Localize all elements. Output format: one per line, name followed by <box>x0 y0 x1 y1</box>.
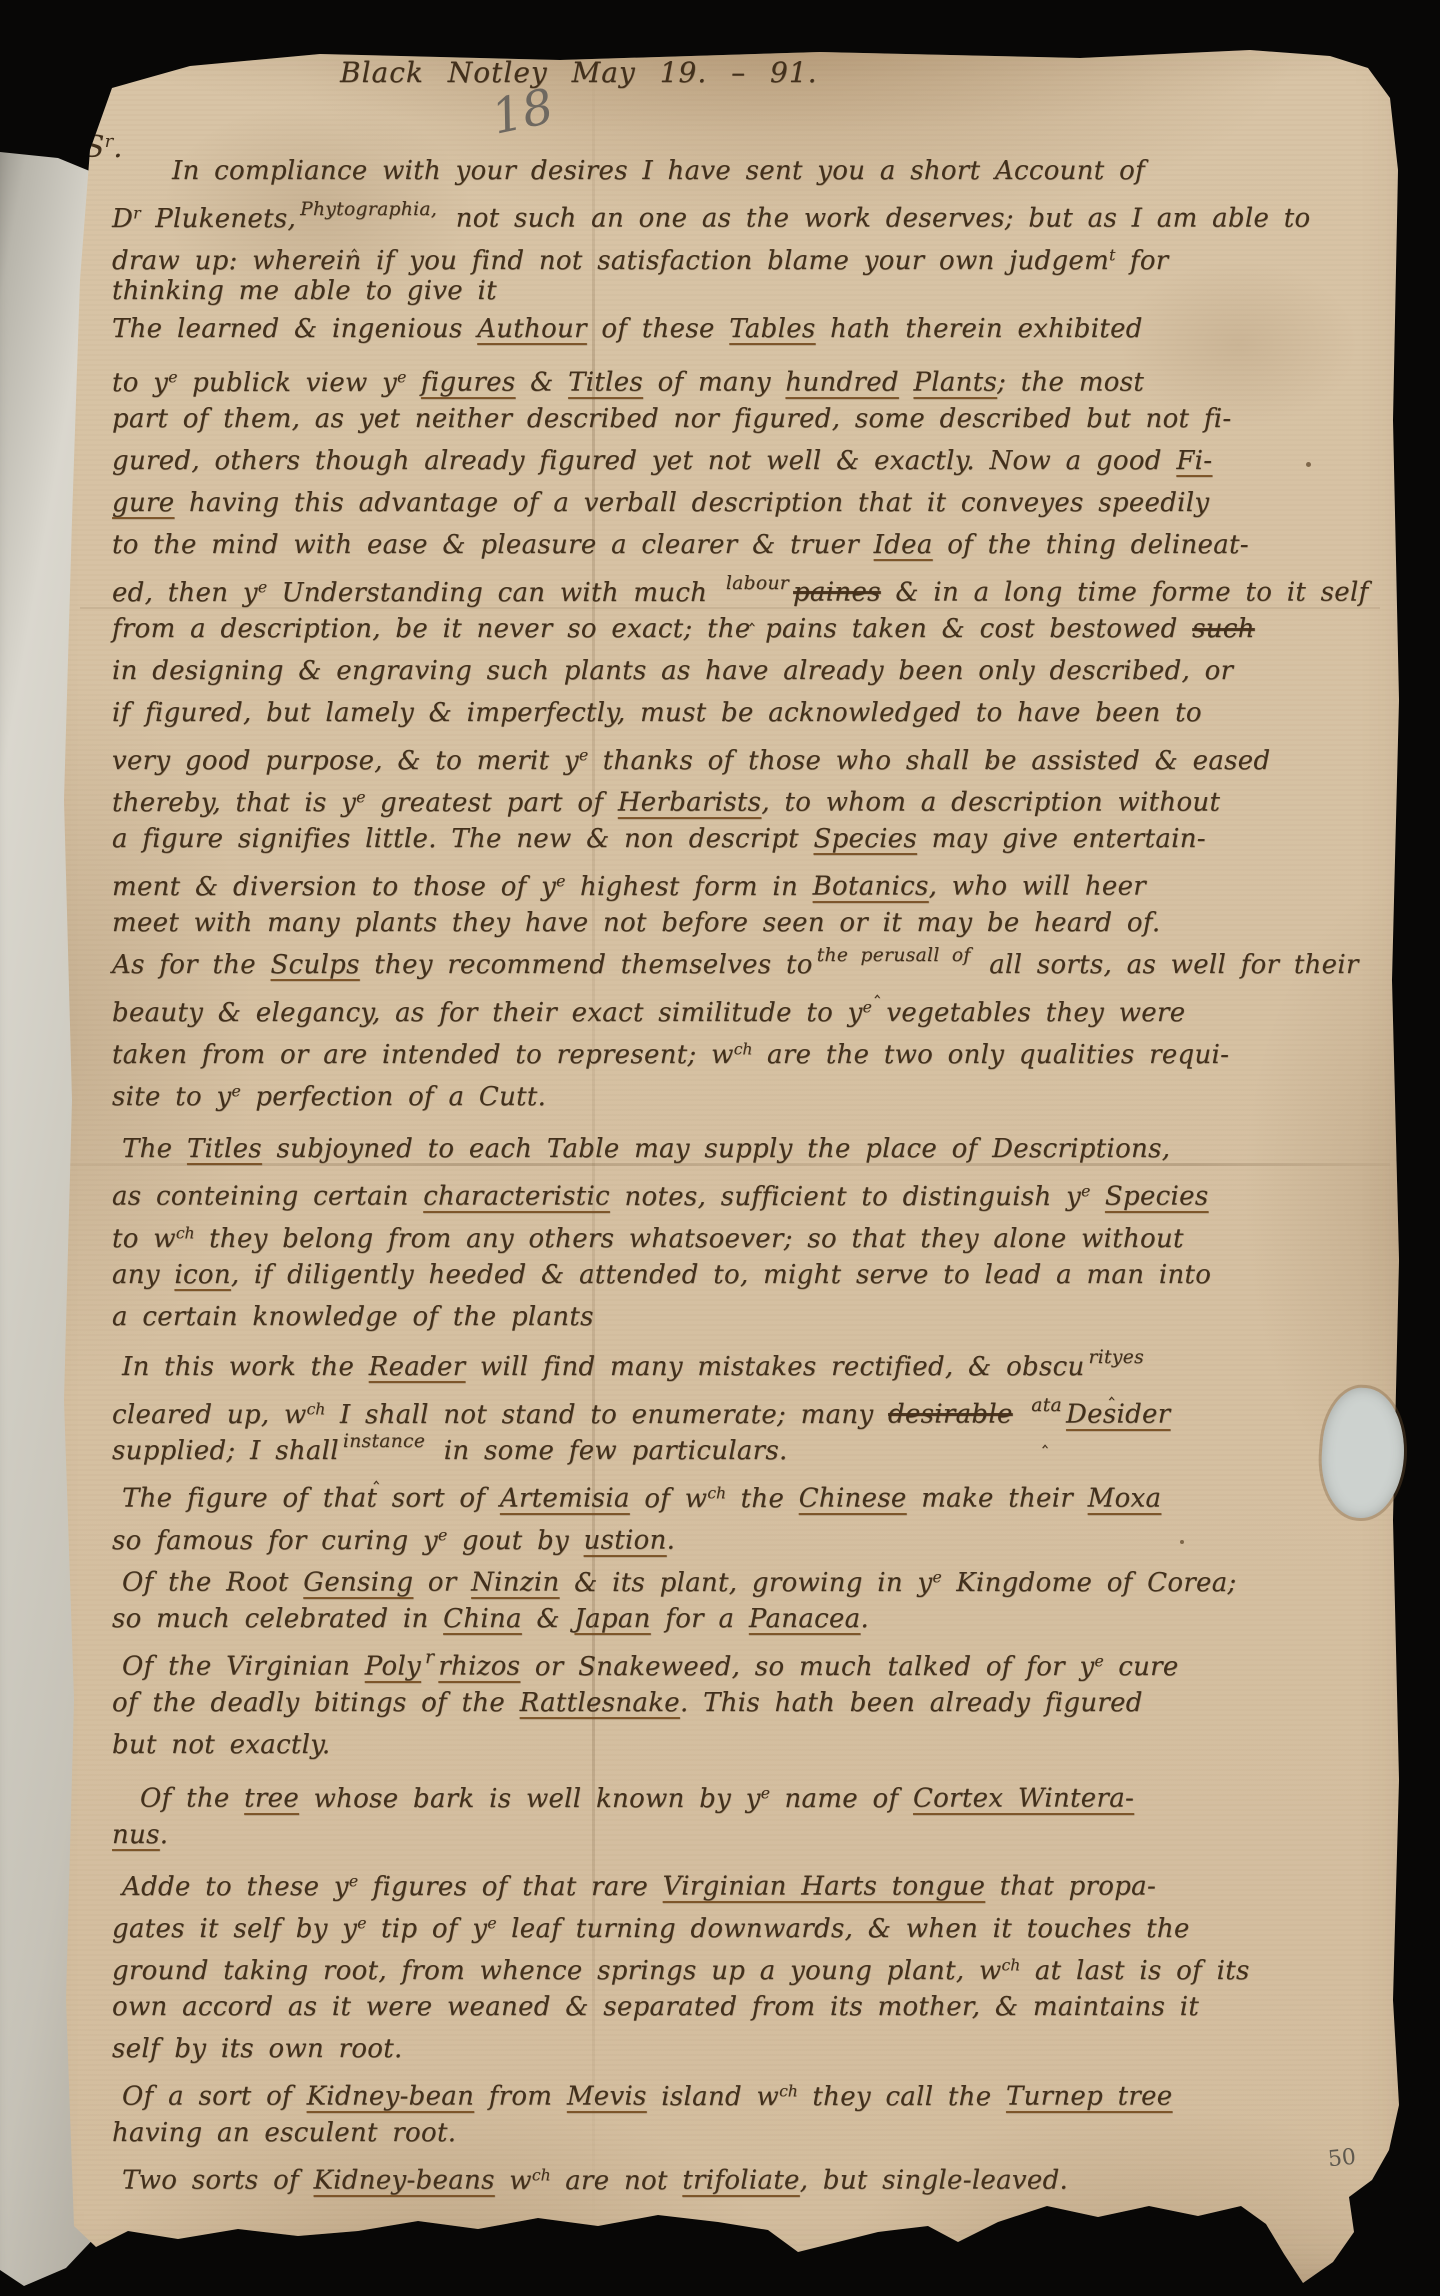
underlined-word: Artemisia <box>500 1484 630 1514</box>
manuscript-line: from a description, be it never so exact… <box>112 608 1408 650</box>
manuscript-line: self by its own root. <box>112 2028 1408 2070</box>
underlined-word: Turnep tree <box>1006 2082 1173 2112</box>
manuscript-text: beauty & elegancy, as for their exact si… <box>112 998 1185 1028</box>
manuscript-text: Two sorts of <box>122 2166 314 2196</box>
manuscript-line: Two sorts of Kidney-beans wch are not tr… <box>112 2154 1408 2196</box>
manuscript-text: . <box>667 1526 676 1556</box>
interlinear-insertion: ata <box>1027 1395 1066 1416</box>
struck-word: paines <box>793 578 881 608</box>
manuscript-text <box>899 368 914 398</box>
manuscript-text: cleared up, wch I shall not stand to enu… <box>112 1400 888 1430</box>
manuscript-text: & <box>516 368 569 398</box>
manuscript-line: if figured, but lamely & imperfectly, mu… <box>112 692 1408 734</box>
underlined-word: Fi- <box>1176 446 1212 476</box>
manuscript-text: hath therein exhibited <box>816 314 1143 344</box>
underlined-word: characteristic <box>423 1182 610 1212</box>
manuscript-text: supplied; I shall <box>112 1436 339 1466</box>
manuscript-text: ed, then ye Understanding can with much <box>112 578 722 608</box>
manuscript-line: very good purpose, & to merit ye thanks … <box>112 734 1408 776</box>
manuscript-line: beauty & elegancy, as for their exact si… <box>112 986 1408 1028</box>
manuscript-line: In compliance with your desires I have s… <box>112 150 1408 192</box>
underlined-word: Reader <box>369 1352 466 1382</box>
manuscript-line: gured, others though already figured yet… <box>112 440 1408 482</box>
manuscript-text: wch are not <box>495 2166 683 2196</box>
underlined-word: Poly <box>365 1652 421 1682</box>
manuscript-line: ground taking root, from whence springs … <box>112 1944 1408 1986</box>
manuscript-line: as conteining certain characteristic not… <box>112 1170 1408 1212</box>
underlined-word: Japan <box>574 1604 650 1634</box>
underlined-word: Chinese <box>799 1484 907 1514</box>
manuscript-line: a certain knowledge of the plants <box>112 1296 1408 1338</box>
manuscript-line: a figure signifies little. The new & non… <box>112 818 1408 860</box>
manuscript-text: ment & diversion to those of ye highest … <box>112 872 813 902</box>
manuscript-line: meet with many plants they have not befo… <box>112 902 1408 944</box>
scan-background: Black Notley May 19. – 91. 18 Sr. In com… <box>0 0 1440 2296</box>
manuscript-text: & <box>522 1604 575 1634</box>
interlinear-insertion: the perusall of <box>813 945 975 966</box>
manuscript-text: self by its own root. <box>112 2034 403 2064</box>
manuscript-line: Of the tree whose bark is well known by … <box>112 1772 1408 1814</box>
manuscript-text: so famous for curing ye gout by <box>112 1526 584 1556</box>
manuscript-text: not such an one as the work deserves; bu… <box>441 204 1310 234</box>
manuscript-text: taken from or are intended to represent;… <box>112 1040 1229 1070</box>
manuscript-text: may give entertain- <box>917 824 1206 854</box>
manuscript-text: . <box>160 1820 169 1850</box>
underlined-word: tree <box>244 1784 299 1814</box>
manuscript-text: Dr Plukenets, <box>112 204 296 234</box>
manuscript-text: thinking me able to give it <box>112 276 497 306</box>
manuscript-text: of the deadly bitings of the <box>112 1688 520 1718</box>
manuscript-text: . <box>860 1604 869 1634</box>
manuscript-line: The learned & ingenious Authour of these… <box>112 308 1408 350</box>
manuscript-line: having an esculent root. <box>112 2112 1408 2154</box>
manuscript-page: Black Notley May 19. – 91. 18 Sr. In com… <box>0 0 1440 2296</box>
manuscript-line: supplied; I shallinstance in some few pa… <box>112 1430 1408 1472</box>
underlined-word: Species <box>813 824 917 854</box>
interlinear-insertion: r <box>421 1647 438 1668</box>
underlined-word: Titles <box>187 1134 262 1164</box>
manuscript-text: from <box>474 2082 567 2112</box>
manuscript-text: island wch they call the <box>647 2082 1006 2112</box>
manuscript-text: having an esculent root. <box>112 2118 456 2148</box>
manuscript-text: in designing & engraving such plants as … <box>112 656 1233 686</box>
manuscript-text: will find many mistakes rectified, & obs… <box>465 1352 1084 1382</box>
underlined-word: Species <box>1105 1182 1209 1212</box>
underlined-word: Panacea <box>749 1604 861 1634</box>
manuscript-text: Adde to these ye figures of that rare <box>122 1872 663 1902</box>
manuscript-text: Of the Virginian <box>122 1652 365 1682</box>
manuscript-text: or <box>413 1568 471 1598</box>
manuscript-text: as conteining certain <box>112 1182 423 1212</box>
manuscript-text: in some few particulars. <box>429 1436 787 1466</box>
manuscript-text: site to ye perfection of a Cutt. <box>112 1082 546 1112</box>
underlined-word: gure <box>112 488 174 518</box>
manuscript-text: subjoyned to each Table may supply the p… <box>262 1134 1170 1164</box>
manuscript-line: gure having this advantage of a verball … <box>112 482 1408 524</box>
manuscript-text: that propa- <box>985 1872 1156 1902</box>
manuscript-text: , if diligently heeded & attended to, mi… <box>231 1260 1211 1290</box>
manuscript-text: they recommend themselves to <box>360 950 813 980</box>
manuscript-line: so famous for curing ye gout by ustion. <box>112 1514 1408 1556</box>
manuscript-line: in designing & engraving such plants as … <box>112 650 1408 692</box>
manuscript-text: from a description, be it never so exact… <box>112 614 1192 644</box>
pencil-page-number: 50 <box>1327 2145 1357 2173</box>
underlined-word: trifoliate <box>682 2166 799 2196</box>
manuscript-text: or Snakeweed, so much talked of for ye c… <box>520 1652 1178 1682</box>
manuscript-line: site to ye perfection of a Cutt. <box>112 1070 1408 1112</box>
manuscript-line: gates it self by ye tip of ye leaf turni… <box>112 1902 1408 1944</box>
manuscript-text: but not exactly. <box>112 1730 330 1760</box>
manuscript-text: The learned & ingenious <box>112 314 477 344</box>
manuscript-line: any icon, if diligently heeded & attende… <box>112 1254 1408 1296</box>
manuscript-line: Dr Plukenets,Phytographia, not such an o… <box>112 192 1408 234</box>
interlinear-insertion: labour <box>722 573 793 594</box>
manuscript-text <box>1013 1400 1028 1430</box>
underlined-word: nus <box>112 1820 160 1850</box>
text-body: In compliance with your desires I have s… <box>112 150 1408 2196</box>
manuscript-line: own accord as it were weaned & separated… <box>112 1986 1408 2028</box>
manuscript-text: As for the <box>112 950 271 980</box>
manuscript-text: if figured, but lamely & imperfectly, mu… <box>112 698 1202 728</box>
underlined-word: Gensing <box>303 1568 413 1598</box>
manuscript-line: of the deadly bitings of the Rattlesnake… <box>112 1682 1408 1724</box>
underlined-word: hundred <box>785 368 898 398</box>
dateline: Black Notley May 19. – 91. <box>340 56 818 89</box>
underlined-word: Desider <box>1066 1400 1170 1430</box>
underlined-word: Authour <box>477 314 587 344</box>
manuscript-line: to ye publick view ye figures & Titles o… <box>112 356 1408 398</box>
manuscript-line: taken from or are intended to represent;… <box>112 1028 1408 1070</box>
manuscript-text: Of a sort of <box>122 2082 307 2112</box>
underlined-word: icon <box>174 1260 230 1290</box>
manuscript-line: to wch they belong from any others whats… <box>112 1212 1408 1254</box>
manuscript-text: so much celebrated in <box>112 1604 443 1634</box>
manuscript-text: , to whom a description without <box>761 788 1220 818</box>
manuscript-text: gates it self by ye tip of ye leaf turni… <box>112 1914 1190 1944</box>
underlined-word: Rattlesnake <box>520 1688 680 1718</box>
manuscript-text: to ye publick view ye <box>112 368 421 398</box>
manuscript-text: & in a long time forme to it self <box>881 578 1369 608</box>
manuscript-line: The figure of that sort of Artemisia of … <box>112 1472 1408 1514</box>
manuscript-text: all sorts, as well for their <box>975 950 1359 980</box>
manuscript-line: Of the Root Gensing or Ninzin & its plan… <box>112 1556 1408 1598</box>
manuscript-text: thereby, that is ye greatest part of <box>112 788 618 818</box>
manuscript-line: thinking me able to give it <box>112 270 1408 312</box>
manuscript-text: for a <box>651 1604 749 1634</box>
manuscript-text: whose bark is well known by ye name of <box>299 1784 913 1814</box>
manuscript-text: of these <box>587 314 729 344</box>
manuscript-text: The <box>122 1134 187 1164</box>
manuscript-line: thereby, that is ye greatest part of Her… <box>112 776 1408 818</box>
manuscript-line: As for the Sculps they recommend themsel… <box>112 944 1408 986</box>
manuscript-text: Of the Root <box>122 1568 303 1598</box>
manuscript-text: notes, sufficient to distinguish ye <box>610 1182 1105 1212</box>
manuscript-text: & its plant, growing in ye Kingdome of C… <box>560 1568 1237 1598</box>
manuscript-line: nus. <box>112 1814 1408 1856</box>
manuscript-text: meet with many plants they have not befo… <box>112 908 1160 938</box>
manuscript-text: own accord as it were weaned & separated… <box>112 1992 1199 2022</box>
manuscript-text: of many <box>643 368 785 398</box>
manuscript-line: Adde to these ye figures of that rare Vi… <box>112 1860 1408 1902</box>
manuscript-text: gured, others though already figured yet… <box>112 446 1176 476</box>
manuscript-text: , who will heer <box>929 872 1146 902</box>
interlinear-insertion: instance <box>339 1431 429 1452</box>
manuscript-line: to the mind with ease & pleasure a clear… <box>112 524 1408 566</box>
underlined-word: Idea <box>874 530 933 560</box>
manuscript-line: Of the Virginian Polyrrhizos or Snakewee… <box>112 1640 1408 1682</box>
underlined-word: figures <box>421 368 516 398</box>
underlined-word: Mevis <box>567 2082 647 2112</box>
manuscript-text: of wch the <box>630 1484 799 1514</box>
manuscript-text: Of the <box>140 1784 244 1814</box>
manuscript-line: In this work the Reader will find many m… <box>112 1346 1408 1388</box>
manuscript-text: very good purpose, & to merit ye thanks … <box>112 746 1270 776</box>
manuscript-text: a certain knowledge of the plants <box>112 1302 594 1332</box>
underlined-word: Plants <box>913 368 997 398</box>
manuscript-line: but not exactly. <box>112 1724 1408 1766</box>
underlined-word: Cortex Wintera- <box>913 1784 1134 1814</box>
manuscript-text: make their <box>907 1484 1088 1514</box>
underlined-word: Virginian Harts tongue <box>663 1872 985 1902</box>
manuscript-text: ground taking root, from whence springs … <box>112 1956 1250 1986</box>
manuscript-text: , but single-leaved. <box>800 2166 1068 2196</box>
underlined-word: Ninzin <box>471 1568 559 1598</box>
underlined-word: Tables <box>729 314 815 344</box>
manuscript-text: a figure signifies little. The new & non… <box>112 824 813 854</box>
manuscript-line: so much celebrated in China & Japan for … <box>112 1598 1408 1640</box>
manuscript-line: ed, then ye Understanding can with much … <box>112 566 1408 608</box>
manuscript-text: In compliance with your desires I have s… <box>172 156 1145 186</box>
manuscript-line: part of them, as yet neither described n… <box>112 398 1408 440</box>
manuscript-text: The figure of that sort of <box>122 1484 500 1514</box>
manuscript-text: to the mind with ease & pleasure a clear… <box>112 530 874 560</box>
manuscript-text: . This hath been already figured <box>680 1688 1143 1718</box>
struck-word: such <box>1192 614 1255 644</box>
interlinear-insertion: Phytographia, <box>296 199 441 220</box>
underlined-word: Herbarists <box>618 788 762 818</box>
manuscript-text: of the thing delineat- <box>933 530 1249 560</box>
pencil-folio-number: 18 <box>487 78 558 145</box>
struck-word: desirable <box>888 1400 1013 1430</box>
underlined-word: Kidney-bean <box>307 2082 475 2112</box>
manuscript-line: The Titles subjoyned to each Table may s… <box>112 1128 1408 1170</box>
underlined-word: China <box>443 1604 522 1634</box>
manuscript-line: ment & diversion to those of ye highest … <box>112 860 1408 902</box>
manuscript-text: part of them, as yet neither described n… <box>112 404 1232 434</box>
underlined-word: Sculps <box>271 950 360 980</box>
interlinear-insertion: rityes <box>1085 1347 1148 1368</box>
manuscript-text: having this advantage of a verball descr… <box>174 488 1209 518</box>
manuscript-text: any <box>112 1260 174 1290</box>
underlined-word: rhizos <box>438 1652 520 1682</box>
manuscript-text: ; the most <box>997 368 1144 398</box>
underlined-word: Kidney-beans <box>314 2166 495 2196</box>
underlined-word: Botanics <box>813 872 929 902</box>
underlined-word: Moxa <box>1088 1484 1162 1514</box>
underlined-word: ustion <box>584 1526 667 1556</box>
manuscript-line: cleared up, wch I shall not stand to enu… <box>112 1388 1408 1430</box>
underlined-word: Titles <box>568 368 643 398</box>
manuscript-text: to wch they belong from any others whats… <box>112 1224 1184 1254</box>
manuscript-line: Of a sort of Kidney-bean from Mevis isla… <box>112 2070 1408 2112</box>
manuscript-text: In this work the <box>122 1352 369 1382</box>
